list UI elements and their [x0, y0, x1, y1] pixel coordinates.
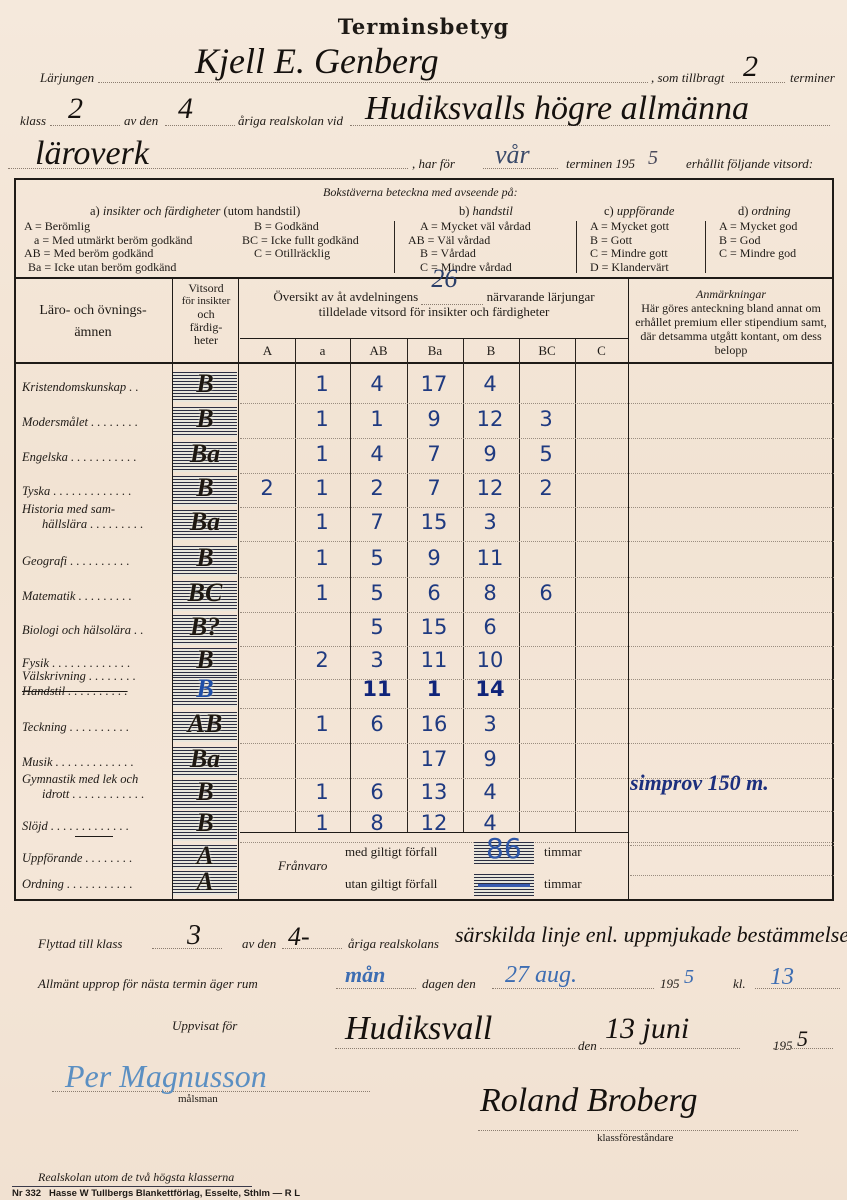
- rollcall-date-label: dagen den: [422, 976, 476, 992]
- grade-count-cell: 5: [350, 546, 404, 570]
- grade-count-cell: 1: [350, 407, 404, 431]
- term-year-digit: 5: [648, 147, 658, 170]
- grade-count-cell: 3: [463, 712, 517, 736]
- remarks-column-divider: [628, 278, 629, 900]
- subject-name: Modersmålet . . . . . . . .: [22, 415, 172, 430]
- legend-divider: [576, 221, 577, 273]
- legend-item: A = Mycket gott: [590, 220, 669, 234]
- legend-c-prefix: c): [604, 204, 614, 218]
- legend-a-col1: A = Berömlig a = Med utmärkt beröm godkä…: [24, 220, 192, 274]
- subject-grade: B: [173, 674, 237, 704]
- guardian-name: Per Magnusson: [65, 1058, 267, 1095]
- date-label: den: [578, 1038, 597, 1054]
- legend-item: B = Gott: [590, 234, 669, 248]
- subject-grade: BC: [173, 578, 237, 608]
- absence-with-reason-label: med giltigt förfall: [345, 844, 437, 860]
- grade-column-divider: [238, 278, 239, 900]
- subject-name-line2: idrott . . . . . . . . . . . .: [22, 787, 172, 802]
- grade-count-cell: 3: [350, 648, 404, 672]
- subject-name: Teckning . . . . . . . . . .: [22, 720, 172, 735]
- years-line: [165, 125, 235, 126]
- legend-item: D = Klandervärt: [590, 261, 669, 275]
- header-divider: [14, 362, 834, 364]
- grade-count-cell: 17: [407, 372, 461, 396]
- legend-a-heading: a) insikter och färdigheter (utom handst…: [90, 205, 300, 219]
- date-line: [600, 1048, 740, 1049]
- subject-name-line1: Slöjd . . . . . . . . . . . . .: [22, 819, 172, 834]
- subject-grade: B: [173, 369, 237, 399]
- class-label: klass: [20, 113, 46, 129]
- legend-a-col2: B = Godkänd BC = Icke fullt godkänd C = …: [242, 220, 359, 261]
- subject-name-line1: Musik . . . . . . . . . . . . .: [22, 755, 172, 770]
- rollcall-label: Allmänt upprop för nästa termin äger rum: [38, 976, 258, 992]
- student-label: Lärjungen: [40, 70, 94, 86]
- legend-item: B = God: [719, 234, 797, 248]
- subject-name: Musik . . . . . . . . . . . . .: [22, 755, 172, 770]
- subject-header-line2: ämnen: [18, 322, 168, 344]
- absence-unit-1: timmar: [544, 844, 582, 860]
- legend-b-title: handstil: [473, 204, 513, 218]
- class-line: [50, 125, 120, 126]
- grade-column-header: Vitsord för insikter och färdig- heter: [174, 282, 238, 347]
- row-divider: [240, 708, 834, 709]
- rollcall-year-label: 195: [660, 976, 680, 992]
- grade-count-cell: 5: [519, 442, 573, 466]
- row-divider: [240, 743, 834, 744]
- legend-item: B = Godkänd: [242, 220, 359, 234]
- remarks-text: Här göres anteckning bland annat om erhå…: [632, 301, 830, 357]
- conduct-name: Uppförande . . . . . . . .: [22, 851, 172, 866]
- legend-b-prefix: b): [459, 204, 469, 218]
- remarks-row-divider: [630, 845, 834, 846]
- guardian-label: målsman: [178, 1093, 218, 1105]
- rollcall-year-digit: 5: [684, 966, 694, 989]
- legend-item: AB = Med beröm godkänd: [24, 247, 192, 261]
- overview-prefix: Översikt av åt avdelningens: [273, 289, 418, 304]
- overview-header: Översikt av åt avdelningens 26 närvarand…: [240, 290, 628, 319]
- grade-header-line: heter: [174, 334, 238, 347]
- subject-name-line1: Modersmålet . . . . . . . .: [22, 415, 172, 430]
- promotion-class-value: 3: [187, 920, 201, 952]
- subject-name: Historia med sam-hällslära . . . . . . .…: [22, 502, 172, 532]
- grade-count-cell: 1: [295, 546, 349, 570]
- remarks-row-divider: [630, 875, 834, 876]
- grade-count-cell: 7: [407, 476, 461, 500]
- legend-item: C = Otillräcklig: [242, 247, 359, 261]
- grade-column-header-B: B: [463, 344, 519, 358]
- grade-count-cell: 2: [350, 476, 404, 500]
- promotion-line-value: särskilda linje enl. uppmjukade bestämme…: [455, 922, 847, 948]
- footer-note: Realskolan utom de två högsta klasserna: [38, 1170, 234, 1185]
- row-divider: [240, 541, 834, 542]
- grade-count-cell: 6: [350, 780, 404, 804]
- grade-count-cell: 1: [295, 510, 349, 534]
- grade-count-cell: 9: [407, 407, 461, 431]
- grade-count-cell: 2: [519, 476, 573, 500]
- rollcall-time-value: 13: [770, 964, 794, 991]
- grade-count-cell: 1: [295, 712, 349, 736]
- grade-count-cell: 4: [463, 372, 517, 396]
- subject-name-line1: Välskrivning . . . . . . . .: [22, 669, 172, 684]
- legend-divider: [705, 221, 706, 273]
- legend-b-items: A = Mycket väl vårdad AB = Väl vårdad B …: [408, 220, 531, 274]
- grade-count-cell: 3: [463, 510, 517, 534]
- grade-count-cell: 4: [350, 372, 404, 396]
- sign-year-label: 195: [773, 1038, 793, 1054]
- rollcall-day-line: [336, 988, 416, 989]
- grade-count-cell: 16: [407, 712, 461, 736]
- grade-count-cell: 2: [295, 648, 349, 672]
- grade-count-cell: 9: [463, 747, 517, 771]
- term-year-label: terminen 195: [566, 156, 635, 172]
- legend-b-heading: b) handstil: [459, 205, 513, 219]
- conduct-name: Ordning . . . . . . . . . . .: [22, 877, 172, 892]
- legend-intro: Bokstäverna beteckna med avseende på:: [323, 185, 518, 200]
- grade-count-cell: 15: [407, 615, 461, 639]
- grade-count-cell: 8: [463, 581, 517, 605]
- subject-grade: B: [173, 777, 237, 807]
- legend-item: C = Mindre vårdad: [408, 261, 531, 275]
- grade-count-cell: 13: [407, 780, 461, 804]
- grade-count-cell: 5: [350, 615, 404, 639]
- rollcall-day-value: mån: [345, 962, 385, 988]
- subject-column-header: Läro- och övnings- ämnen: [18, 300, 168, 344]
- class-value: 2: [68, 92, 83, 126]
- row-divider: [240, 577, 834, 578]
- grade-count-cell: 1: [295, 407, 349, 431]
- subject-name: Biologi och hälsolära . .: [22, 623, 172, 638]
- grade-count-cell: 14: [463, 677, 517, 701]
- grade-count-cell: 6: [519, 581, 573, 605]
- subject-name-line1: Matematik . . . . . . . . .: [22, 589, 172, 604]
- row-divider: [240, 842, 834, 843]
- term-value: vår: [495, 140, 530, 170]
- teacher-line: [478, 1130, 798, 1131]
- absence-divider: [240, 832, 628, 833]
- row-divider: [240, 507, 834, 508]
- grade-count-cell: 17: [407, 747, 461, 771]
- grade-count-cell: 2: [240, 476, 294, 500]
- subject-name-line2: hällslära . . . . . . . . .: [22, 517, 172, 532]
- subject-name-line1: Teckning . . . . . . . . . .: [22, 720, 172, 735]
- term-label: , har för: [412, 156, 455, 172]
- years-value: 4: [178, 92, 193, 126]
- grade-count-cell: 4: [350, 442, 404, 466]
- footer-divider: [12, 1186, 252, 1187]
- subject-name: Gymnastik med lek ochidrott . . . . . . …: [22, 772, 172, 802]
- grade-column-header-BC: BC: [519, 344, 575, 358]
- subject-name-line1: Tyska . . . . . . . . . . . . .: [22, 484, 172, 499]
- subject-grade: B: [173, 404, 237, 434]
- subject-name-line1: Kristendomskunskap . .: [22, 380, 172, 395]
- overview-suffix: närvarande lärjungar: [487, 289, 595, 304]
- legend-item: Ba = Icke utan beröm godkänd: [24, 261, 192, 275]
- grade-column-header-AB: AB: [350, 344, 407, 358]
- legend-table-divider: [14, 277, 834, 279]
- grade-count-cell: 1: [295, 442, 349, 466]
- grade-count-cell: 1: [295, 581, 349, 605]
- absence-with-reason-hours: 86: [486, 832, 522, 865]
- subject-name: Tyska . . . . . . . . . . . . .: [22, 484, 172, 499]
- overview-count: 26: [431, 272, 457, 286]
- grade-count-cell: 12: [463, 407, 517, 431]
- absence-label: Frånvaro: [278, 858, 327, 874]
- grade-count-cell: 1: [295, 476, 349, 500]
- subject-grade: B: [173, 473, 237, 503]
- grade-count-cell: 6: [407, 581, 461, 605]
- subject-name-line1: Engelska . . . . . . . . . . .: [22, 450, 172, 465]
- legend-c-title: uppförande: [617, 204, 675, 218]
- subject-name: Matematik . . . . . . . . .: [22, 589, 172, 604]
- overview-line2: tilldelade vitsord för insikter och färd…: [240, 305, 628, 319]
- rollcall-time-line: [755, 988, 840, 989]
- row-divider: [240, 612, 834, 613]
- place-line: [335, 1048, 575, 1049]
- terms-label: , som tillbragt: [651, 70, 724, 86]
- received-label: erhållit följande vitsord:: [686, 156, 813, 172]
- row-divider: [240, 473, 834, 474]
- legend-item: C = Mindre god: [719, 247, 797, 261]
- grade-header-line: Vitsord: [174, 282, 238, 295]
- legend-d-heading: d) ordning: [738, 205, 791, 219]
- promotion-years-value: 4-: [288, 922, 310, 952]
- grade-count-cell: 11: [463, 546, 517, 570]
- terms-value: 2: [743, 50, 758, 84]
- grade-count-cell: 5: [350, 581, 404, 605]
- overview-count-field: 26: [421, 290, 483, 305]
- school-value-2: läroverk: [35, 135, 149, 173]
- grade-count-cell: 7: [407, 442, 461, 466]
- row-divider: [240, 646, 834, 647]
- subject-name-line1: Gymnastik med lek och: [22, 772, 172, 787]
- subject-name: Engelska . . . . . . . . . . .: [22, 450, 172, 465]
- conduct-grade: A: [173, 867, 237, 897]
- school-value: Hudiksvalls högre allmänna: [365, 90, 749, 128]
- subject-grade: B: [173, 808, 237, 838]
- promotion-label: Flyttad till klass: [38, 936, 123, 952]
- grade-count-cell: 1: [295, 372, 349, 396]
- grade-count-cell: 4: [463, 780, 517, 804]
- legend-d-prefix: d): [738, 204, 748, 218]
- legend-a-prefix: a): [90, 204, 100, 218]
- subject-grade: Ba: [173, 439, 237, 469]
- terms-suffix: terminer: [790, 70, 835, 86]
- subject-grade: B?: [173, 612, 237, 642]
- row-divider: [240, 679, 834, 680]
- subject-grade: B: [173, 645, 237, 675]
- date-value: 13 juni: [605, 1012, 689, 1046]
- legend-item: AB = Väl vårdad: [408, 234, 531, 248]
- remark-gymnastics: simprov 150 m.: [630, 770, 769, 796]
- subject-name-line2: Handstil . . . . . . . . . .: [22, 684, 172, 699]
- subject-name: Kristendomskunskap . .: [22, 380, 172, 395]
- legend-c-items: A = Mycket gott B = Gott C = Mindre gott…: [590, 220, 669, 274]
- grade-count-cell: 11: [350, 677, 404, 701]
- row-divider: [240, 403, 834, 404]
- legend-item: A = Mycket god: [719, 220, 797, 234]
- subject-name-line1: Biologi och hälsolära . .: [22, 623, 172, 638]
- remarks-title: Anmärkningar: [632, 287, 830, 301]
- legend-d-items: A = Mycket god B = God C = Mindre god: [719, 220, 797, 261]
- legend-c-heading: c) uppförande: [604, 205, 674, 219]
- rollcall-date-value: 27 aug.: [505, 962, 577, 989]
- grade-count-cell: 12: [463, 476, 517, 500]
- conduct-separator: [75, 836, 113, 837]
- legend-a-title: insikter och färdigheter: [103, 204, 221, 218]
- legend-item: A = Mycket väl vårdad: [408, 220, 531, 234]
- legend-item: C = Mindre gott: [590, 247, 669, 261]
- grade-count-cell: 11: [407, 648, 461, 672]
- school-label: åriga realskolan vid: [238, 113, 343, 129]
- grade-column-header-Ba: Ba: [407, 344, 463, 358]
- legend-item: B = Vårdad: [408, 247, 531, 261]
- subject-name: Geografi . . . . . . . . . .: [22, 554, 172, 569]
- remarks-header: Anmärkningar Här göres anteckning bland …: [632, 287, 830, 357]
- subject-grade: AB: [173, 709, 237, 739]
- footer-publisher: Nr 332 Hasse W Tullbergs Blankettförlag,…: [12, 1188, 300, 1199]
- absence-without-reason-dash: [478, 884, 530, 887]
- grade-count-cell: 1: [407, 677, 461, 701]
- student-name-line: [98, 82, 648, 83]
- of-label: av den: [124, 113, 158, 129]
- subject-name: Välskrivning . . . . . . . .Handstil . .…: [22, 669, 172, 699]
- promotion-of-label: av den: [242, 936, 276, 952]
- overview-divider: [240, 338, 628, 339]
- student-name: Kjell E. Genberg: [195, 40, 439, 82]
- place-value: Hudiksvall: [345, 1010, 492, 1048]
- sign-year-line: [773, 1048, 833, 1049]
- grade-count-divider: [575, 339, 576, 832]
- subject-grade: B: [173, 543, 237, 573]
- subject-name-line1: Historia med sam-: [22, 502, 172, 517]
- legend-d-title: ordning: [752, 204, 791, 218]
- grade-column-header-C: C: [575, 344, 628, 358]
- grade-count-cell: 6: [463, 615, 517, 639]
- promotion-school-label: åriga realskolans: [348, 936, 439, 952]
- grade-column-header-a: a: [295, 344, 350, 358]
- legend-a-suffix: (utom handstil): [224, 204, 301, 218]
- subject-grade: Ba: [173, 507, 237, 537]
- subject-header-line1: Läro- och övnings-: [18, 300, 168, 322]
- legend-item: A = Berömlig: [24, 220, 192, 234]
- teacher-name: Roland Broberg: [480, 1082, 698, 1120]
- grade-count-cell: 9: [463, 442, 517, 466]
- page-title: Terminsbetyg: [0, 14, 847, 39]
- grade-count-cell: 7: [350, 510, 404, 534]
- legend-item: BC = Icke fullt godkänd: [242, 234, 359, 248]
- grade-column-header-A: A: [240, 344, 295, 358]
- row-divider: [240, 438, 834, 439]
- grade-count-cell: 6: [350, 712, 404, 736]
- subject-name: Slöjd . . . . . . . . . . . . .: [22, 819, 172, 834]
- rollcall-time-label: kl.: [733, 976, 746, 992]
- subject-grade: Ba: [173, 744, 237, 774]
- grade-count-cell: 9: [407, 546, 461, 570]
- report-card-page: Terminsbetyg Lärjungen Kjell E. Genberg …: [0, 0, 847, 1200]
- subject-name-line1: Geografi . . . . . . . . . .: [22, 554, 172, 569]
- shown-label: Uppvisat för: [172, 1018, 237, 1034]
- legend-item: a = Med utmärkt beröm godkänd: [24, 234, 192, 248]
- grade-count-cell: 1: [295, 780, 349, 804]
- grade-count-cell: 3: [519, 407, 573, 431]
- legend-divider: [394, 221, 395, 273]
- teacher-label: klassföreståndare: [597, 1132, 673, 1144]
- absence-without-reason-label: utan giltigt förfall: [345, 876, 437, 892]
- grade-count-cell: 15: [407, 510, 461, 534]
- absence-unit-2: timmar: [544, 876, 582, 892]
- grade-count-cell: 10: [463, 648, 517, 672]
